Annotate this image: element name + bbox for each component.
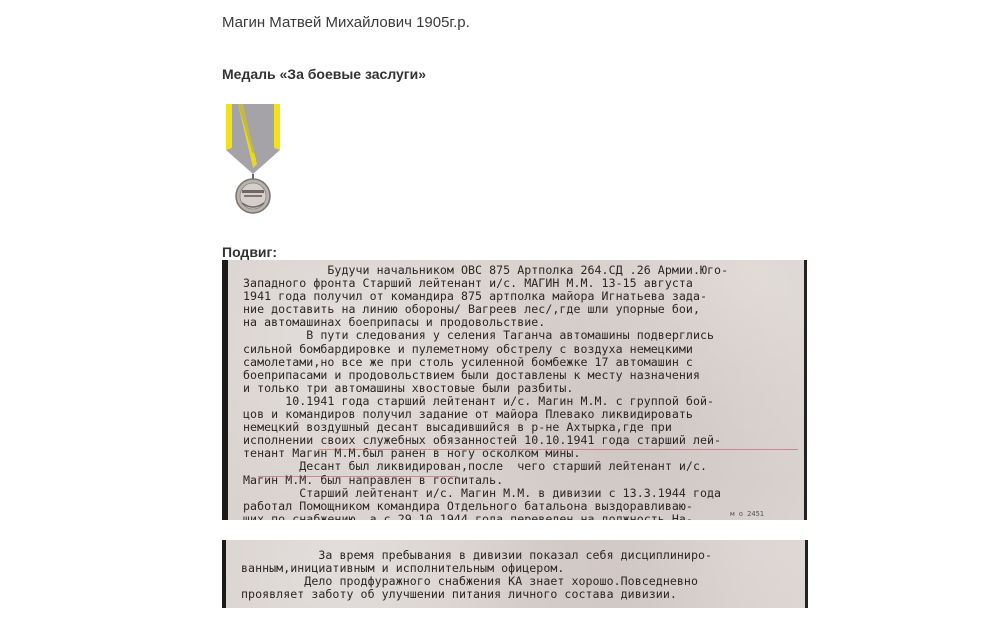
medal-icon bbox=[222, 102, 284, 217]
document-text: Будучи начальником ОВС 875 Артполка 264.… bbox=[228, 260, 804, 520]
document-number: м о 2451 bbox=[730, 510, 764, 518]
award-document-scan-part2: За время пребывания в дивизии показал се… bbox=[222, 540, 808, 608]
red-underline bbox=[318, 449, 798, 450]
award-document-scan-part1: Будучи начальником ОВС 875 Артполка 264.… bbox=[222, 260, 807, 520]
award-heading: Медаль «За боевые заслуги» bbox=[222, 66, 426, 82]
feat-label: Подвиг: bbox=[222, 244, 277, 260]
red-underline bbox=[258, 476, 458, 477]
person-title: Магин Матвей Михайлович 1905г.р. bbox=[222, 14, 470, 31]
document-text: За время пребывания в дивизии показал се… bbox=[226, 540, 805, 601]
